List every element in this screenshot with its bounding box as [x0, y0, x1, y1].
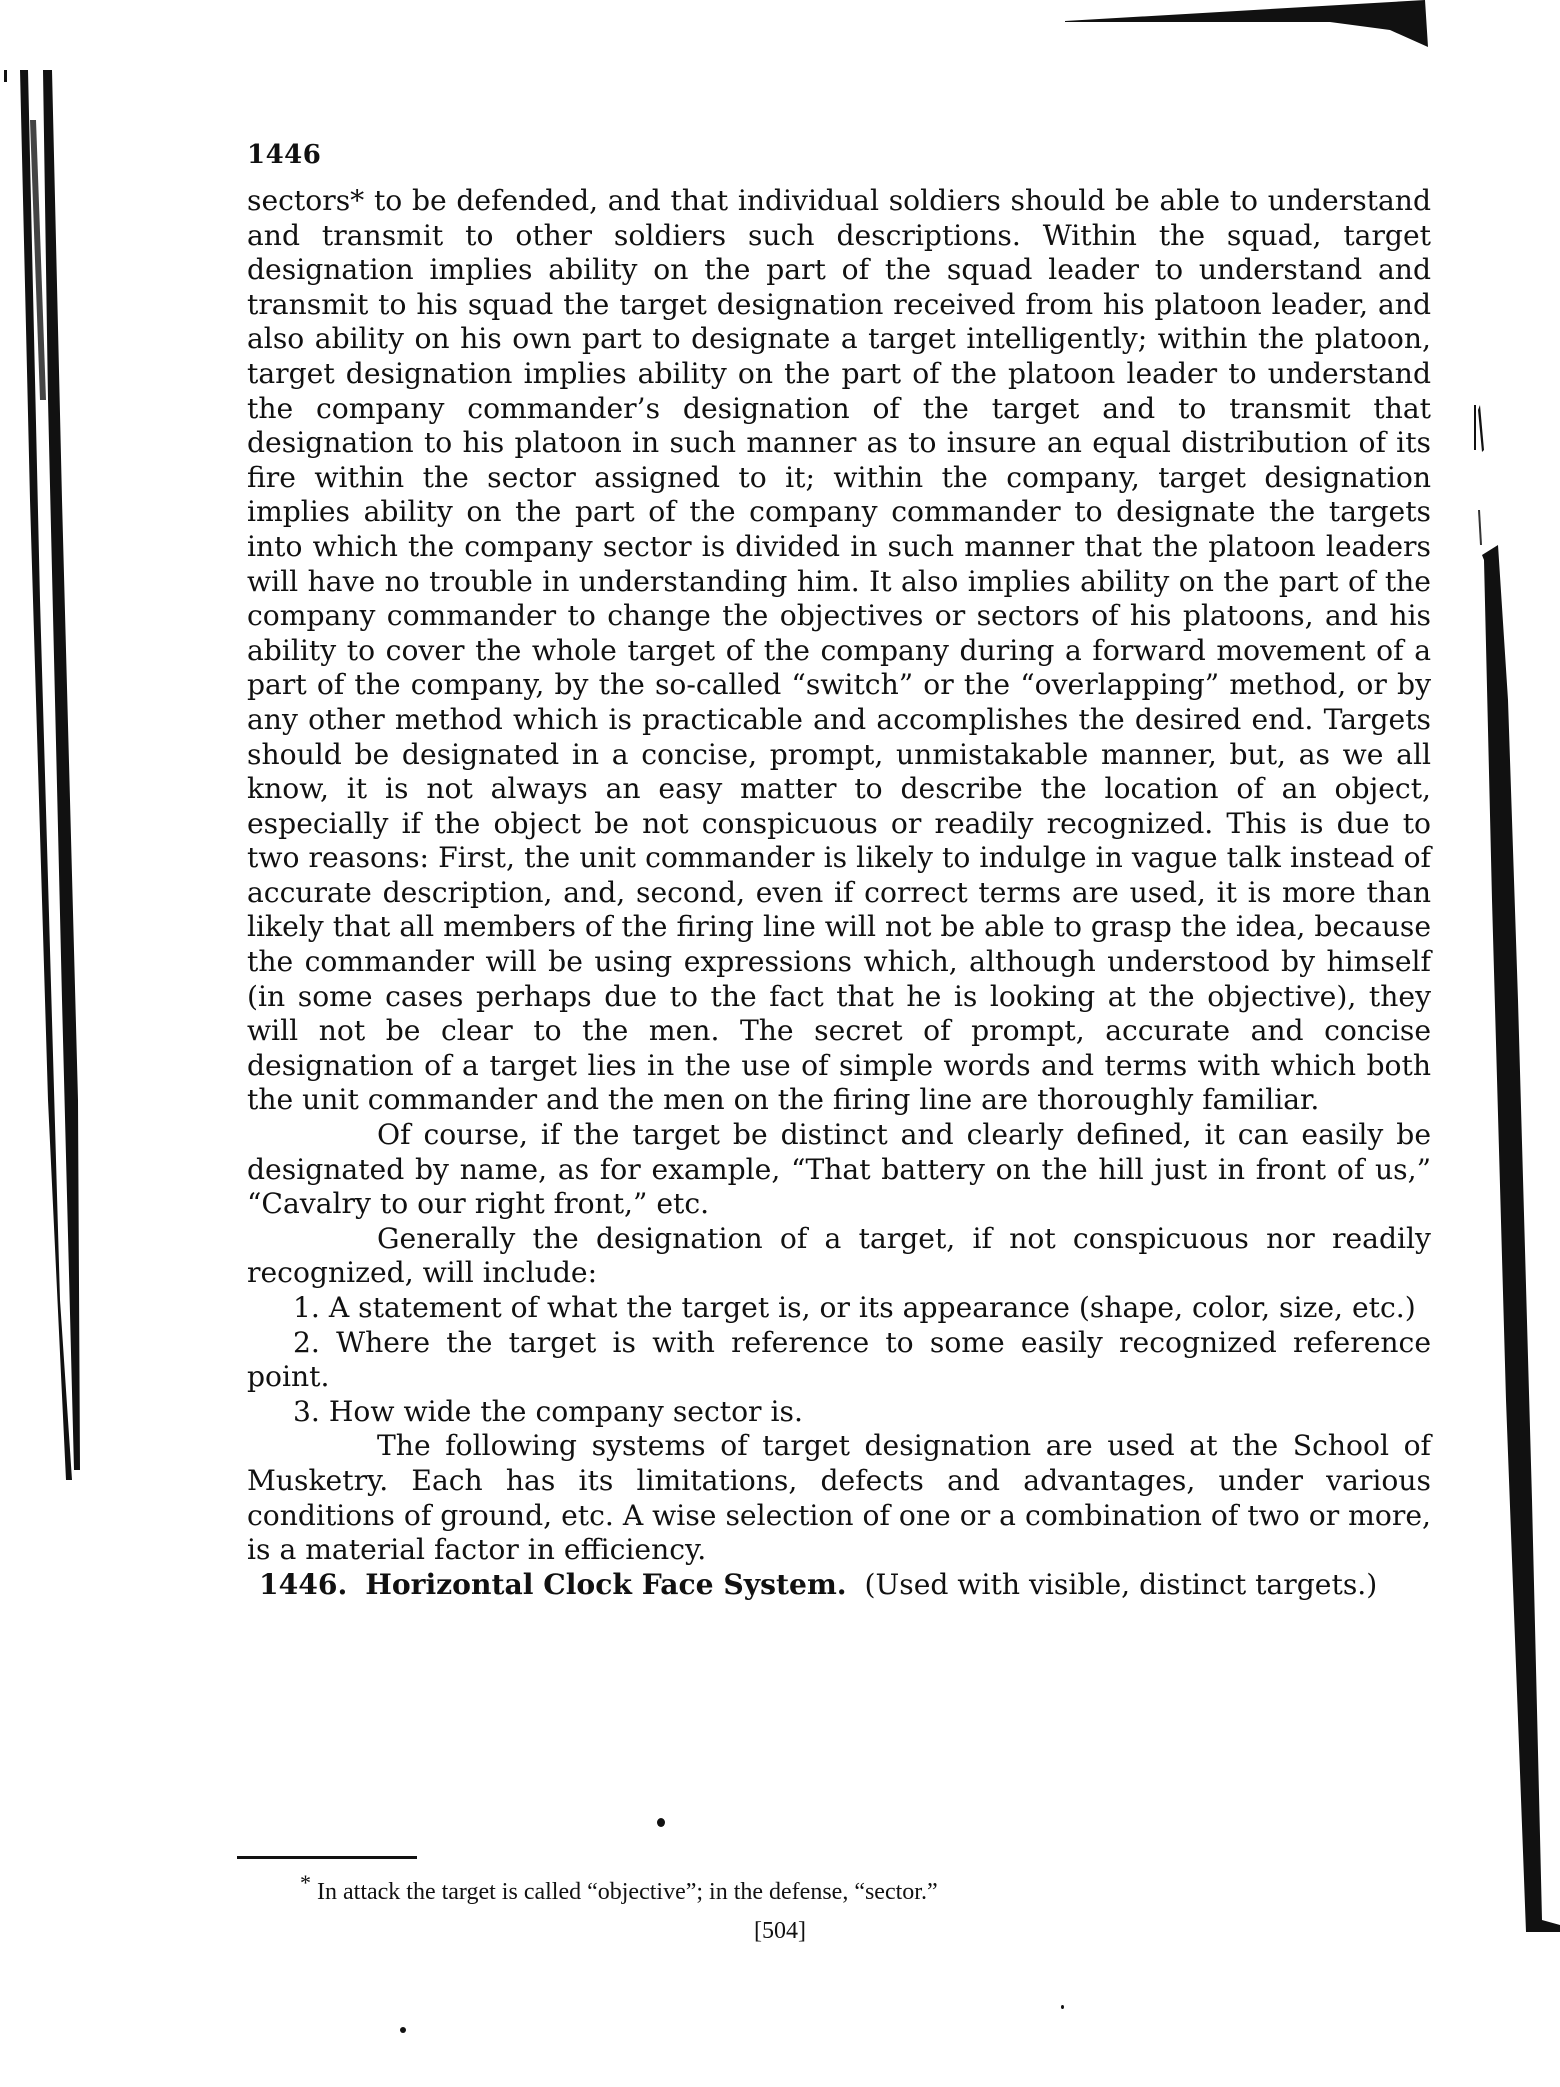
- section-note: (Used with visible, distinct targets.): [865, 1568, 1378, 1601]
- ink-speck: [657, 1818, 665, 1827]
- paragraph: Generally the designation of a target, i…: [247, 1222, 1431, 1291]
- section-title: Horizontal Clock Face System.: [365, 1568, 846, 1601]
- paragraph: The following systems of target designat…: [247, 1429, 1431, 1567]
- footnote-rule: [237, 1856, 417, 1859]
- section-heading: 1446. Horizontal Clock Face System. (Use…: [247, 1568, 1431, 1603]
- scan-top-mark: [1030, 0, 1470, 50]
- ink-speck: [1061, 2005, 1064, 2009]
- body-text: sectors* to be defended, and that indivi…: [247, 184, 1431, 1602]
- binding-shadow-left: [0, 0, 90, 2087]
- paragraph: Of course, if the target be distinct and…: [247, 1118, 1431, 1222]
- folio: [504]: [0, 1918, 1560, 1945]
- paragraph-continuation: sectors* to be defended, and that indivi…: [247, 184, 1431, 1118]
- ink-speck: [400, 2027, 406, 2033]
- page-edge-shadow-right: [1440, 0, 1560, 2087]
- list-item: 3. How wide the company sector is.: [247, 1395, 1431, 1430]
- footnote-text: In attack the target is called “objectiv…: [317, 1879, 938, 1905]
- section-number: 1446.: [259, 1568, 347, 1601]
- running-head-number: 1446: [247, 140, 321, 170]
- footnote-marker: *: [300, 1870, 311, 1895]
- footnote: * In attack the target is called “object…: [300, 1870, 938, 1906]
- list-item: 1. A statement of what the target is, or…: [247, 1291, 1431, 1326]
- list-item: 2. Where the target is with reference to…: [247, 1326, 1431, 1395]
